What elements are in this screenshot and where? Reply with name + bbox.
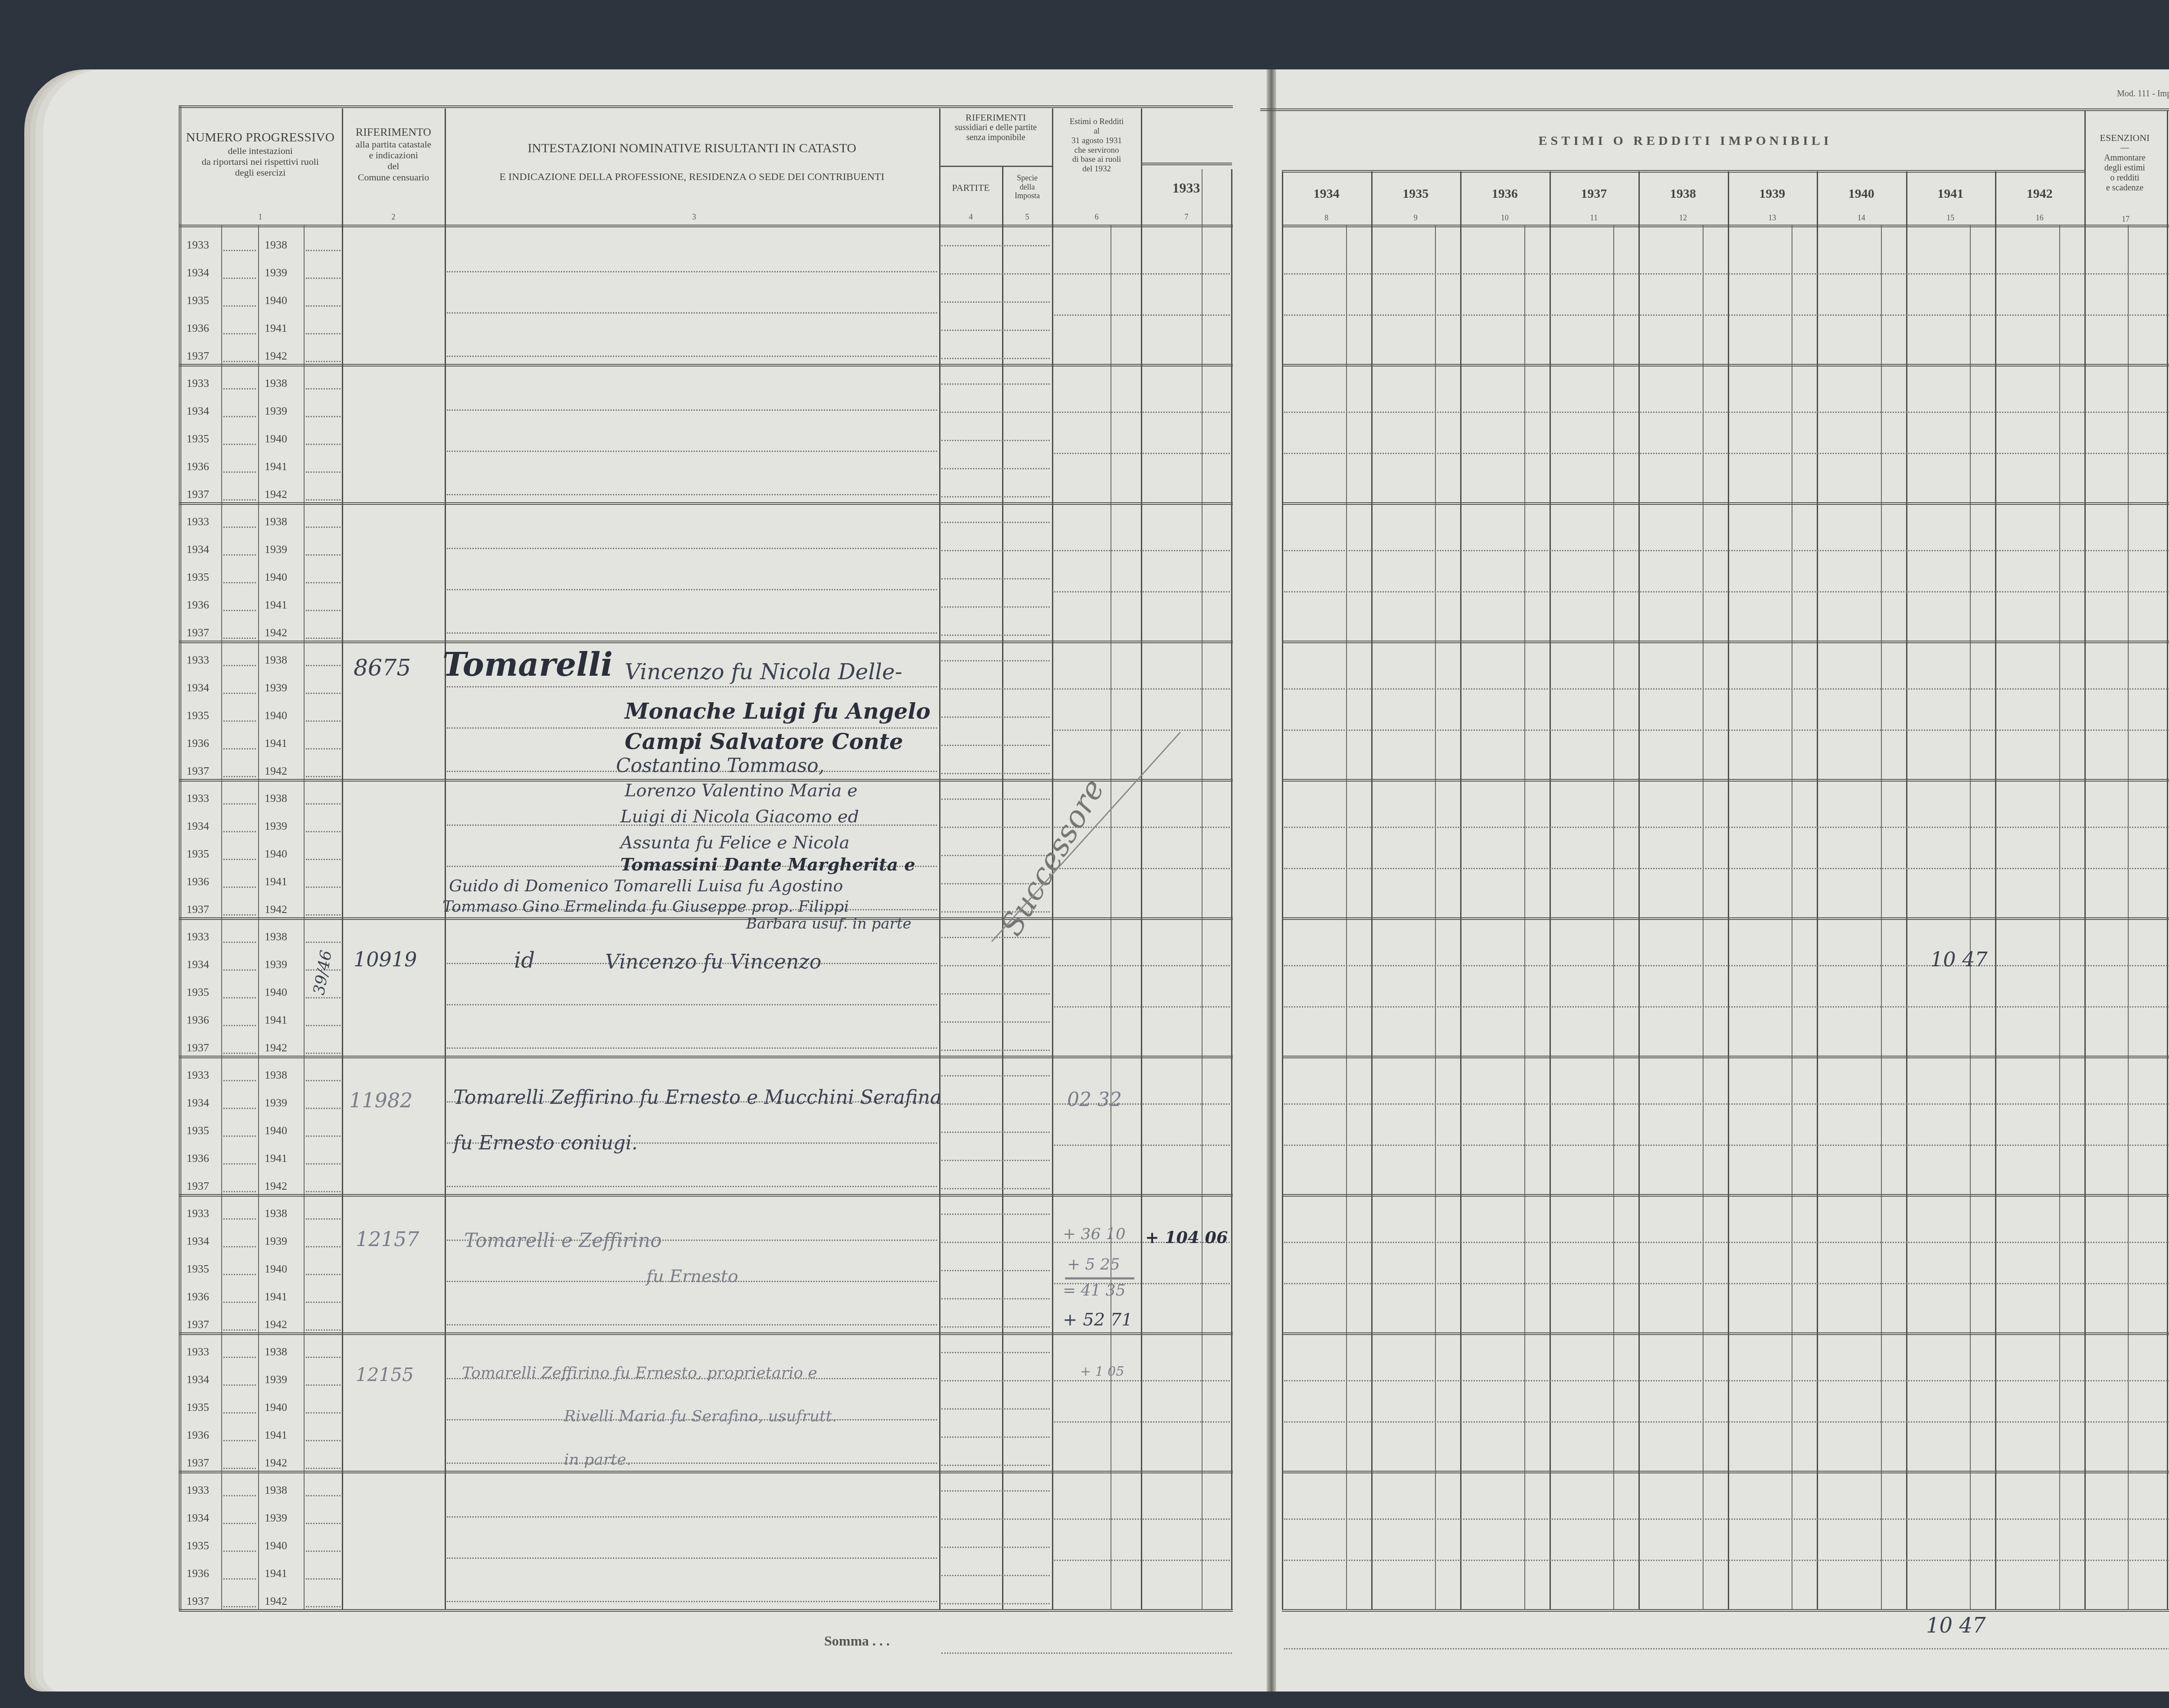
year-label: 1938 <box>265 1345 287 1358</box>
year-label: 1937 <box>187 350 209 363</box>
entry-line: Vincenzo fu Nicola Delle- <box>625 659 902 684</box>
year-label: 1938 <box>265 1069 287 1082</box>
entry-line[interactable] <box>306 250 341 251</box>
entry-line[interactable] <box>306 471 341 473</box>
year-divider <box>1460 171 1461 1609</box>
partita-number: 12155 <box>356 1364 414 1385</box>
amount-line[interactable] <box>1054 314 1230 316</box>
partita-number: 12157 <box>356 1227 419 1251</box>
ref-line[interactable] <box>941 1380 1050 1381</box>
entry-line[interactable] <box>306 720 341 722</box>
name-line[interactable] <box>447 494 937 495</box>
entry-line[interactable] <box>306 859 341 860</box>
amount-line[interactable] <box>1284 1006 2169 1008</box>
amount-line[interactable] <box>1284 1380 2169 1381</box>
entry-line[interactable] <box>306 693 341 694</box>
year-divider <box>1550 171 1551 1609</box>
name-line[interactable] <box>447 1324 937 1325</box>
entry-line[interactable] <box>223 1135 256 1137</box>
entry-line[interactable] <box>306 914 341 916</box>
entry-line[interactable] <box>223 859 256 860</box>
ref-line[interactable] <box>941 1326 1050 1328</box>
amount-line[interactable] <box>1054 591 1230 592</box>
ref-line[interactable] <box>941 468 1050 469</box>
column-number: 17 <box>2121 215 2130 224</box>
year-label: 1934 <box>187 1096 209 1109</box>
value-estimi-1931: + 52 71 <box>1063 1310 1133 1330</box>
value-estimi-1931: + 1 05 <box>1080 1364 1124 1379</box>
entry-line[interactable] <box>223 1108 256 1109</box>
year-label: 1933 <box>187 930 209 943</box>
year-label: 1940 <box>265 847 287 861</box>
amount-line[interactable] <box>1054 1518 1230 1520</box>
name-line[interactable] <box>447 312 937 314</box>
amount-line[interactable] <box>1054 1560 1230 1561</box>
year-label: 1939 <box>265 1512 287 1525</box>
value-1941: 10 47 <box>1930 948 1988 971</box>
block-separator <box>1282 779 2169 782</box>
ref-line[interactable] <box>941 330 1050 331</box>
entry-line[interactable] <box>223 278 256 279</box>
year-label: 1940 <box>265 709 287 722</box>
amount-line[interactable] <box>1284 591 2169 592</box>
entry-line[interactable] <box>306 333 341 334</box>
amount-line[interactable] <box>1054 730 1230 731</box>
entry-line[interactable] <box>306 803 341 805</box>
entry-line[interactable] <box>223 720 256 722</box>
entry-line[interactable] <box>306 1606 341 1607</box>
ref-line[interactable] <box>941 1352 1050 1353</box>
entry-line[interactable] <box>306 1135 341 1137</box>
name-line[interactable] <box>447 686 937 687</box>
entry-line[interactable] <box>306 1274 341 1275</box>
name-line[interactable] <box>447 1004 937 1005</box>
amount-line[interactable] <box>1284 550 2169 551</box>
entry-line[interactable] <box>306 582 341 583</box>
entry-line[interactable] <box>223 1357 256 1358</box>
entry-line[interactable] <box>223 554 256 556</box>
amount-line[interactable] <box>1284 688 2169 690</box>
entry-line[interactable] <box>223 1495 256 1496</box>
header-partite: PARTITE <box>940 182 1001 193</box>
year-label: 1942 <box>265 903 287 916</box>
year-label: 1939 <box>265 820 287 833</box>
entry-line[interactable] <box>223 1329 256 1331</box>
entry-line[interactable] <box>306 1440 341 1441</box>
year-header: 1941 <box>1906 187 1995 202</box>
block-separator <box>179 1471 1233 1473</box>
entry-line[interactable] <box>223 388 256 389</box>
entry-line[interactable] <box>306 1384 341 1386</box>
value-estimi-1931: + 36 10 <box>1063 1225 1126 1243</box>
entry-line[interactable] <box>306 776 341 777</box>
entry-line[interactable] <box>306 1025 341 1026</box>
amount-line[interactable] <box>1054 1421 1230 1423</box>
entry-line[interactable] <box>223 638 256 639</box>
name-line[interactable] <box>447 1557 937 1559</box>
entry-line[interactable] <box>306 388 341 389</box>
entry-line[interactable] <box>223 333 256 334</box>
header-riferimento: RIFERIMENTO alla partita catastale e ind… <box>344 126 443 183</box>
amount-line[interactable] <box>1284 1103 2169 1105</box>
entry-line: fu Ernesto <box>646 1266 738 1286</box>
header-numero-progressivo: NUMERO PROGRESSIVO delle intestazioni da… <box>180 130 341 178</box>
ref-line[interactable] <box>941 1270 1050 1271</box>
year-label: 1934 <box>187 681 209 694</box>
amount-line[interactable] <box>1284 1242 2169 1243</box>
year-label: 1935 <box>187 571 209 584</box>
entry-line[interactable] <box>223 1578 256 1580</box>
column-number: 3 <box>690 213 698 222</box>
year-label: 1942 <box>265 1456 287 1469</box>
year-label: 1940 <box>265 432 287 445</box>
amount-line[interactable] <box>1284 1560 2169 1561</box>
amount-line[interactable] <box>1054 688 1230 690</box>
ref-line[interactable] <box>941 1518 1050 1520</box>
entry-line[interactable] <box>306 499 341 501</box>
ref-line[interactable] <box>941 1021 1050 1023</box>
entry-line[interactable] <box>223 969 256 971</box>
year-label: 1939 <box>265 266 287 279</box>
entry-line[interactable] <box>223 803 256 805</box>
entry-line[interactable] <box>306 1218 341 1220</box>
entry-line[interactable] <box>306 278 341 279</box>
year-label: 1941 <box>265 737 287 750</box>
year-header: 1937 <box>1550 187 1639 202</box>
year-label: 1941 <box>265 875 287 888</box>
entry-line[interactable] <box>306 416 341 417</box>
entry-line[interactable] <box>306 997 341 998</box>
year-label: 1939 <box>265 1373 287 1386</box>
entry-line[interactable] <box>223 471 256 473</box>
year-label: 1936 <box>187 875 209 888</box>
amount-line[interactable] <box>1284 827 2169 828</box>
entry-line[interactable] <box>223 887 256 888</box>
entry-line[interactable] <box>306 1523 341 1524</box>
amount-line[interactable] <box>1284 1145 2169 1146</box>
entry-line: Luigi di Nicola Giacomo ed <box>620 807 859 827</box>
ref-line[interactable] <box>941 635 1050 636</box>
block-separator <box>179 1332 1233 1335</box>
ref-line[interactable] <box>941 1075 1050 1076</box>
name-line[interactable] <box>447 409 937 411</box>
entry-line: Vincenzo fu Vincenzo <box>605 950 821 973</box>
year-label: 1938 <box>265 1484 287 1497</box>
column-number: 14 <box>1817 213 1906 222</box>
amount-line[interactable] <box>1284 730 2169 731</box>
column-number: 2 <box>389 213 398 222</box>
name-line[interactable] <box>447 1516 937 1518</box>
name-line[interactable] <box>447 451 937 452</box>
ref-line[interactable] <box>941 301 1050 303</box>
entry-line[interactable] <box>223 250 256 251</box>
entry-line[interactable] <box>306 1329 341 1331</box>
year-label: 1935 <box>187 709 209 722</box>
entry-line: Rivelli Maria fu Serafino, usufrutt. <box>564 1407 837 1425</box>
entry-line: fu Ernesto coniugi. <box>453 1132 638 1154</box>
year-label: 1934 <box>187 543 209 556</box>
amount-line[interactable] <box>1284 1283 2169 1284</box>
year-label: 1934 <box>187 958 209 971</box>
entry-line[interactable] <box>306 942 341 943</box>
entry-line[interactable] <box>223 1163 256 1165</box>
entry-line[interactable] <box>306 665 341 666</box>
ref-line[interactable] <box>941 383 1050 385</box>
entry-line[interactable] <box>306 1551 341 1552</box>
somma-line[interactable] <box>1284 1648 2169 1649</box>
amount-line[interactable] <box>1054 550 1230 551</box>
ref-line[interactable] <box>941 358 1050 359</box>
ref-line[interactable] <box>941 745 1050 746</box>
block-separator <box>1282 917 2169 920</box>
ref-line[interactable] <box>941 273 1050 275</box>
entry-line[interactable] <box>306 1053 341 1054</box>
ref-line[interactable] <box>941 688 1050 690</box>
entry-line[interactable] <box>306 1302 341 1303</box>
column-number: 10 <box>1460 213 1550 222</box>
ref-line[interactable] <box>941 1465 1050 1466</box>
entry-line[interactable] <box>223 914 256 916</box>
amount-line[interactable] <box>1054 1145 1230 1146</box>
entry-line[interactable] <box>223 1246 256 1247</box>
entry-line[interactable] <box>306 361 341 362</box>
ref-line[interactable] <box>941 496 1050 497</box>
amount-line[interactable] <box>1284 412 2169 413</box>
entry-line[interactable] <box>306 831 341 832</box>
name-line[interactable] <box>447 1047 937 1049</box>
amount-line[interactable] <box>1284 1518 2169 1520</box>
entry-line[interactable] <box>223 1025 256 1026</box>
ref-line[interactable] <box>941 578 1050 579</box>
name-line[interactable] <box>447 1186 937 1187</box>
entry-line[interactable] <box>223 1302 256 1303</box>
year-label: 1937 <box>187 488 209 501</box>
surname: Tomarelli <box>442 646 613 684</box>
year-label: 1940 <box>265 1124 287 1137</box>
entry-line[interactable] <box>223 776 256 777</box>
entry-line[interactable] <box>223 416 256 417</box>
ref-line[interactable] <box>941 993 1050 995</box>
entry-line[interactable] <box>223 1218 256 1220</box>
amount-line[interactable] <box>1054 273 1230 275</box>
name-line[interactable] <box>447 1601 937 1602</box>
ref-line[interactable] <box>941 1436 1050 1438</box>
entry-line[interactable] <box>306 1468 341 1469</box>
ref-line[interactable] <box>941 1575 1050 1576</box>
ref-line[interactable] <box>941 440 1050 441</box>
entry-line[interactable] <box>223 305 256 307</box>
entry-line: Tommaso Gino Ermelinda fu Giuseppe prop.… <box>442 898 849 916</box>
entry-line[interactable] <box>223 1080 256 1081</box>
year-label: 1939 <box>265 681 287 694</box>
entry-line[interactable] <box>223 444 256 445</box>
column-number: 16 <box>1995 213 2084 222</box>
year-label: 1942 <box>265 1318 287 1331</box>
entry-line[interactable] <box>306 1412 341 1414</box>
entry-line[interactable] <box>223 665 256 666</box>
entry-line[interactable] <box>223 1523 256 1524</box>
amount-line[interactable] <box>1284 314 2169 316</box>
year-label: 1938 <box>265 930 287 943</box>
entry-line[interactable] <box>306 1080 341 1081</box>
entry-line[interactable] <box>223 499 256 501</box>
entry-line: Assunta fu Felice e Nicola <box>620 833 849 853</box>
block-separator <box>1282 1056 2169 1058</box>
entry-line[interactable] <box>306 527 341 528</box>
ref-line[interactable] <box>941 827 1050 828</box>
entry-line[interactable] <box>223 1440 256 1441</box>
year-label: 1940 <box>265 986 287 999</box>
entry-line[interactable] <box>223 582 256 583</box>
year-label: 1933 <box>187 1207 209 1220</box>
block-separator <box>179 641 1233 643</box>
amount-line[interactable] <box>1284 1421 2169 1423</box>
ref-line[interactable] <box>941 1490 1050 1492</box>
entry-line[interactable] <box>306 1357 341 1358</box>
ref-line[interactable] <box>941 1160 1050 1161</box>
entry-line[interactable] <box>223 361 256 362</box>
entry-line[interactable] <box>223 1274 256 1275</box>
ref-line[interactable] <box>941 660 1050 661</box>
entry-line[interactable] <box>306 1246 341 1247</box>
somma-line[interactable] <box>941 1652 1232 1654</box>
name-line[interactable] <box>447 271 937 272</box>
entry-line[interactable] <box>223 1606 256 1607</box>
name-line[interactable] <box>447 548 937 549</box>
year-label: 1935 <box>187 847 209 861</box>
entry-line[interactable] <box>223 748 256 749</box>
year-label: 1940 <box>265 1263 287 1276</box>
year-label: 1936 <box>187 1290 209 1303</box>
name-line[interactable] <box>447 356 937 357</box>
year-label: 1933 <box>187 239 209 252</box>
year-label: 1942 <box>265 1041 287 1054</box>
entry-line[interactable] <box>223 1053 256 1054</box>
entry-line[interactable] <box>223 942 256 943</box>
entry-line[interactable] <box>223 1412 256 1414</box>
name-line[interactable] <box>447 1463 937 1464</box>
amount-line[interactable] <box>1054 412 1230 413</box>
ref-line[interactable] <box>941 1050 1050 1051</box>
header-specie-imposta: Specie della Imposta <box>1003 173 1052 200</box>
entry-line[interactable] <box>306 1495 341 1496</box>
ref-line[interactable] <box>941 1214 1050 1215</box>
amount-line[interactable] <box>1054 1006 1230 1008</box>
name-line[interactable] <box>447 589 937 590</box>
year-label: 1937 <box>187 765 209 778</box>
amount-line[interactable] <box>1284 453 2169 454</box>
entry-line: Monache Luigi fu Angelo <box>625 698 931 724</box>
ref-line[interactable] <box>941 1547 1050 1548</box>
block-separator <box>179 364 1233 366</box>
entry-line[interactable] <box>306 1163 341 1165</box>
year-label: 1938 <box>265 654 287 667</box>
year-label: 1935 <box>187 432 209 445</box>
partita-number: 8675 <box>354 655 411 681</box>
entry-line[interactable] <box>223 693 256 694</box>
ref-line[interactable] <box>941 1603 1050 1604</box>
amount-line[interactable] <box>1054 965 1230 966</box>
ref-line[interactable] <box>941 965 1050 966</box>
entry-line[interactable] <box>223 527 256 528</box>
year-label: 1941 <box>265 1429 287 1442</box>
entry-line: Guido di Domenico Tomarelli Luisa fu Ago… <box>449 876 843 895</box>
year-label: 1942 <box>265 488 287 501</box>
ref-line[interactable] <box>941 1132 1050 1133</box>
ref-line[interactable] <box>941 798 1050 800</box>
column-number: 8 <box>1282 213 1371 222</box>
ref-line[interactable] <box>941 1188 1050 1189</box>
ref-line[interactable] <box>941 606 1050 608</box>
entry-line[interactable] <box>306 887 341 888</box>
ref-line[interactable] <box>941 522 1050 523</box>
name-line[interactable] <box>447 632 937 634</box>
entry-line[interactable] <box>306 305 341 307</box>
entry-line[interactable] <box>223 831 256 832</box>
amount-line[interactable] <box>1284 868 2169 869</box>
year-label: 1937 <box>187 1456 209 1469</box>
ref-line[interactable] <box>941 717 1050 718</box>
amount-line[interactable] <box>1054 868 1230 869</box>
entry-line[interactable] <box>306 638 341 639</box>
entry-line[interactable] <box>306 554 341 556</box>
amount-line[interactable] <box>1054 1380 1230 1381</box>
year-label: 1941 <box>265 1567 287 1580</box>
column-number: 4 <box>967 213 975 222</box>
ref-line[interactable] <box>941 773 1050 774</box>
year-label: 1942 <box>265 350 287 363</box>
year-label: 1933 <box>187 792 209 805</box>
entry-line[interactable] <box>223 1551 256 1552</box>
ref-line[interactable] <box>941 1242 1050 1243</box>
entry-line[interactable] <box>223 1468 256 1469</box>
entry-line[interactable] <box>306 610 341 611</box>
entry-line[interactable] <box>223 997 256 998</box>
ref-line[interactable] <box>941 1408 1050 1410</box>
ref-line[interactable] <box>941 412 1050 413</box>
block-separator <box>1282 502 2169 505</box>
year-label: 1937 <box>187 1318 209 1331</box>
entry-line[interactable] <box>223 1191 256 1192</box>
ref-line[interactable] <box>941 1103 1050 1105</box>
year-label: 1941 <box>265 1290 287 1303</box>
year-label: 1936 <box>187 1429 209 1442</box>
entry-line[interactable] <box>223 610 256 611</box>
year-label: 1941 <box>265 599 287 612</box>
header-esenzioni: ESENZIONI — Ammontare degli estimi o red… <box>2086 132 2164 193</box>
ref-line[interactable] <box>941 245 1050 246</box>
amount-line[interactable] <box>1054 453 1230 454</box>
ref-line[interactable] <box>941 1298 1050 1299</box>
column-number: 12 <box>1638 213 1728 222</box>
year-label: 1934 <box>187 1512 209 1525</box>
entry-line[interactable] <box>223 1384 256 1386</box>
column-number: 7 <box>1182 213 1191 222</box>
entry-line[interactable] <box>306 1578 341 1580</box>
entry-line[interactable] <box>306 444 341 445</box>
entry-line[interactable] <box>306 1108 341 1109</box>
block-separator <box>179 917 1233 920</box>
entry-line[interactable] <box>306 748 341 749</box>
year-label: 1941 <box>265 322 287 335</box>
amount-line[interactable] <box>1284 965 2169 966</box>
ref-line[interactable] <box>941 550 1050 551</box>
block-separator <box>179 1194 1233 1197</box>
year-label: 1935 <box>187 986 209 999</box>
value-estimi-1931: 02 32 <box>1067 1089 1122 1111</box>
amount-line[interactable] <box>1284 273 2169 275</box>
entry-line[interactable] <box>306 1191 341 1192</box>
